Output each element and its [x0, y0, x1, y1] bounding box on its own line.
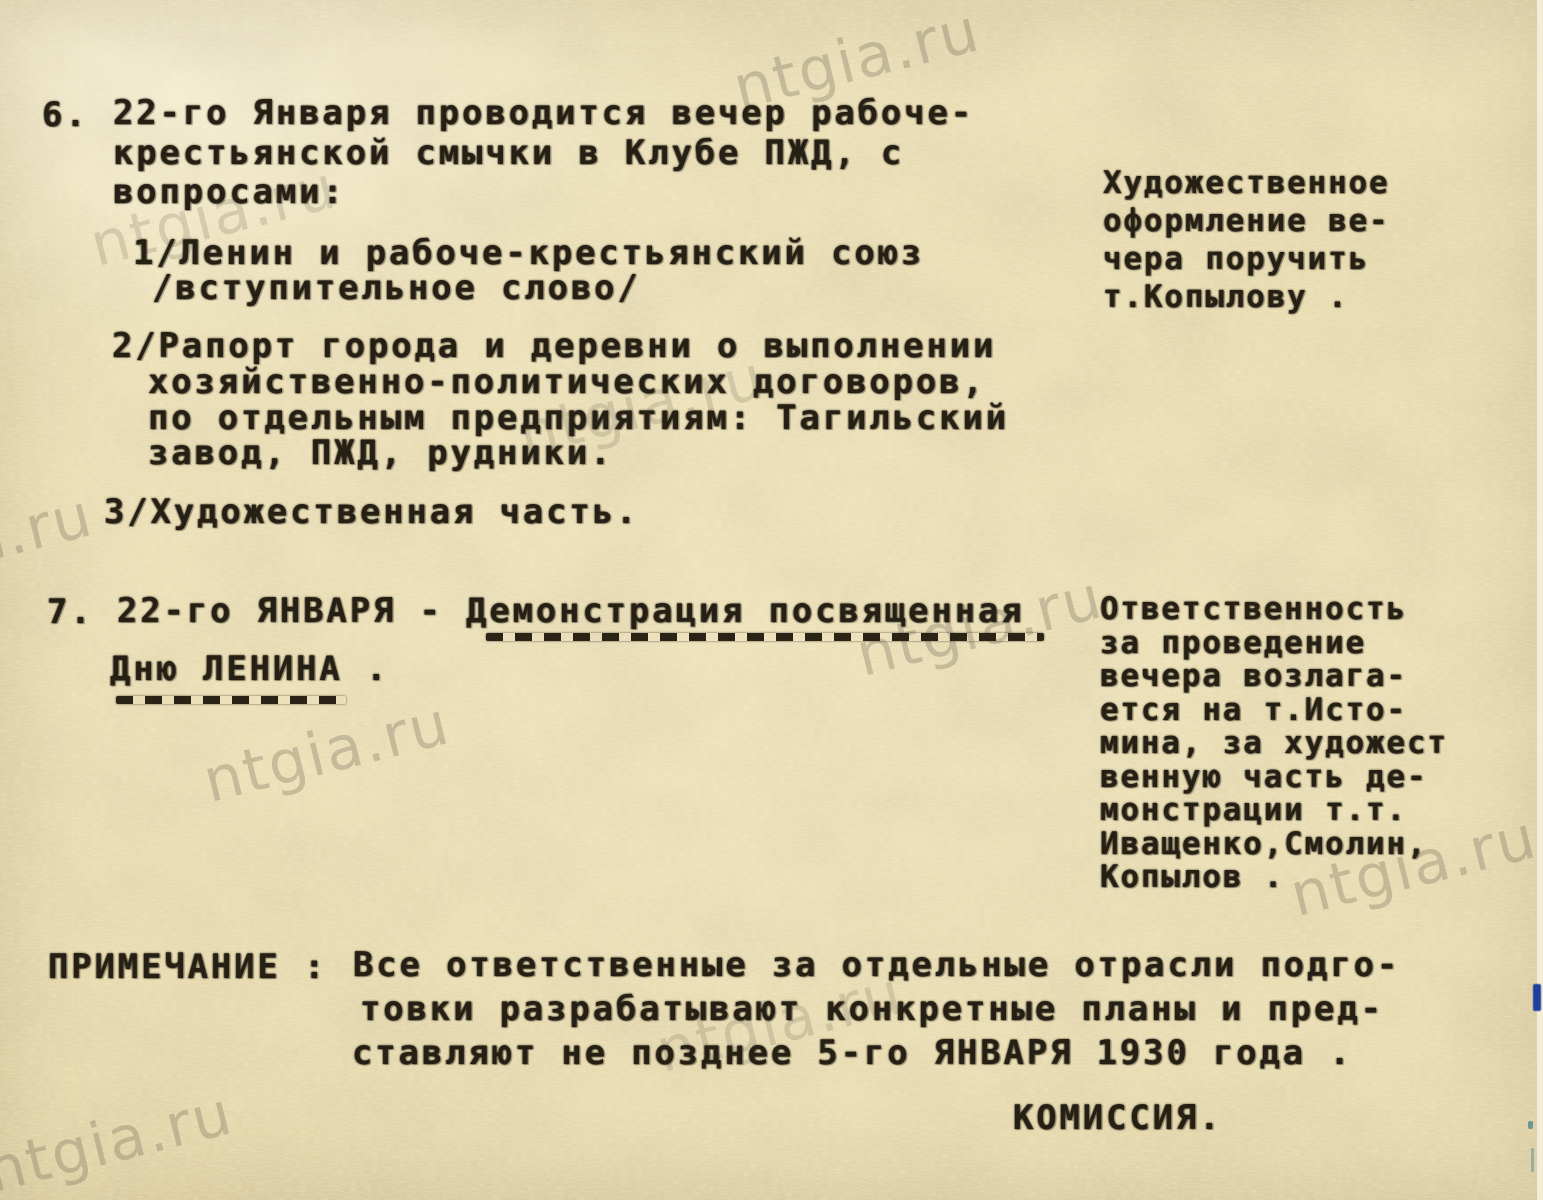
item6-para-line2: крестьянской смычки в Клубе ПЖД, с: [113, 133, 904, 173]
item6-note-line2: оформление ве-: [1103, 203, 1390, 239]
item6-note-line4: т.Копылову .: [1103, 279, 1349, 315]
item6-sub2-line3: по отдельным предприятиям: Тагильский: [148, 398, 1009, 438]
item7-number: 7.: [47, 592, 94, 632]
item7-note-line9: Копылов .: [1100, 859, 1284, 895]
blue-speck: [1531, 1148, 1534, 1172]
item7-note-line4: ется на т.Исто-: [1100, 692, 1407, 728]
document-page: ntgia.ru ntgia.ru ntgia.ru ntgia.ru ntgi…: [0, 0, 1543, 1200]
item6-para-line3: вопросами:: [113, 172, 346, 212]
item7-note-line3: вечера возлага-: [1100, 658, 1407, 694]
item6-sub1-line2: /вступительное слово/: [152, 268, 641, 308]
item7-note-line2: за проведение: [1100, 625, 1366, 661]
item7-line2: Дню ЛЕНИНА .: [110, 649, 389, 689]
footnote-line2: товки разрабатывают конкретные планы и п…: [360, 989, 1384, 1029]
blue-speck: [1528, 1121, 1533, 1129]
footnote-label: ПРИМЕЧАНИЕ :: [48, 947, 327, 987]
watermark: ntgia.ru: [197, 688, 457, 817]
watermark: ntgia.ru: [0, 480, 100, 609]
item7-note-line6: венную часть де-: [1100, 759, 1427, 795]
item7-note-line1: Ответственность: [1100, 591, 1407, 627]
footnote-line3: ставляют не позднее 5-го ЯНВАРЯ 1930 год…: [352, 1033, 1353, 1073]
item6-sub3-line: 3/Художественная часть.: [104, 492, 639, 532]
item7-note-line7: монстрации т.т.: [1100, 792, 1407, 828]
item7-line1-underlined: Демонстрация посвященная: [466, 591, 1024, 631]
signature-line: КОМИССИЯ.: [1013, 1098, 1222, 1138]
dashed-underline: [116, 696, 346, 704]
blue-ink-mark: [1533, 984, 1541, 1011]
item6-sub2-line2: хозяйственно-политических договоров,: [148, 362, 986, 402]
item7-note-line5: мина, за художест: [1100, 725, 1448, 761]
dashed-underline: [486, 633, 1044, 641]
item7-line1-prefix: 22-го ЯНВАРЯ -: [117, 591, 466, 631]
item6-sub2-line4: завод, ПЖД, рудники.: [148, 433, 613, 473]
item7-note-line8: Иващенко,Смолин,: [1100, 826, 1427, 862]
watermark: ntgia.ru: [1392, 0, 1543, 17]
watermark: ntgia.ru: [0, 1078, 240, 1200]
item6-para-line1: 22-го Января проводится вечер рабоче-: [113, 93, 974, 133]
footnote-line1: Все ответственные за отдельные отрасли п…: [353, 945, 1400, 985]
item6-sub2-line1: 2/Рапорт города и деревни о выполнении: [112, 326, 996, 366]
item6-number: 6.: [42, 95, 89, 135]
item6-note-line3: чера поручить: [1103, 241, 1369, 277]
item6-sub1-line1: 1/Ленин и рабоче-крестьянский союз: [133, 233, 924, 273]
scan-edge: [1537, 0, 1543, 1200]
item6-note-line1: Художественное: [1103, 165, 1390, 201]
item7-line1: 22-го ЯНВАРЯ - Демонстрация посвященная: [117, 591, 1025, 631]
